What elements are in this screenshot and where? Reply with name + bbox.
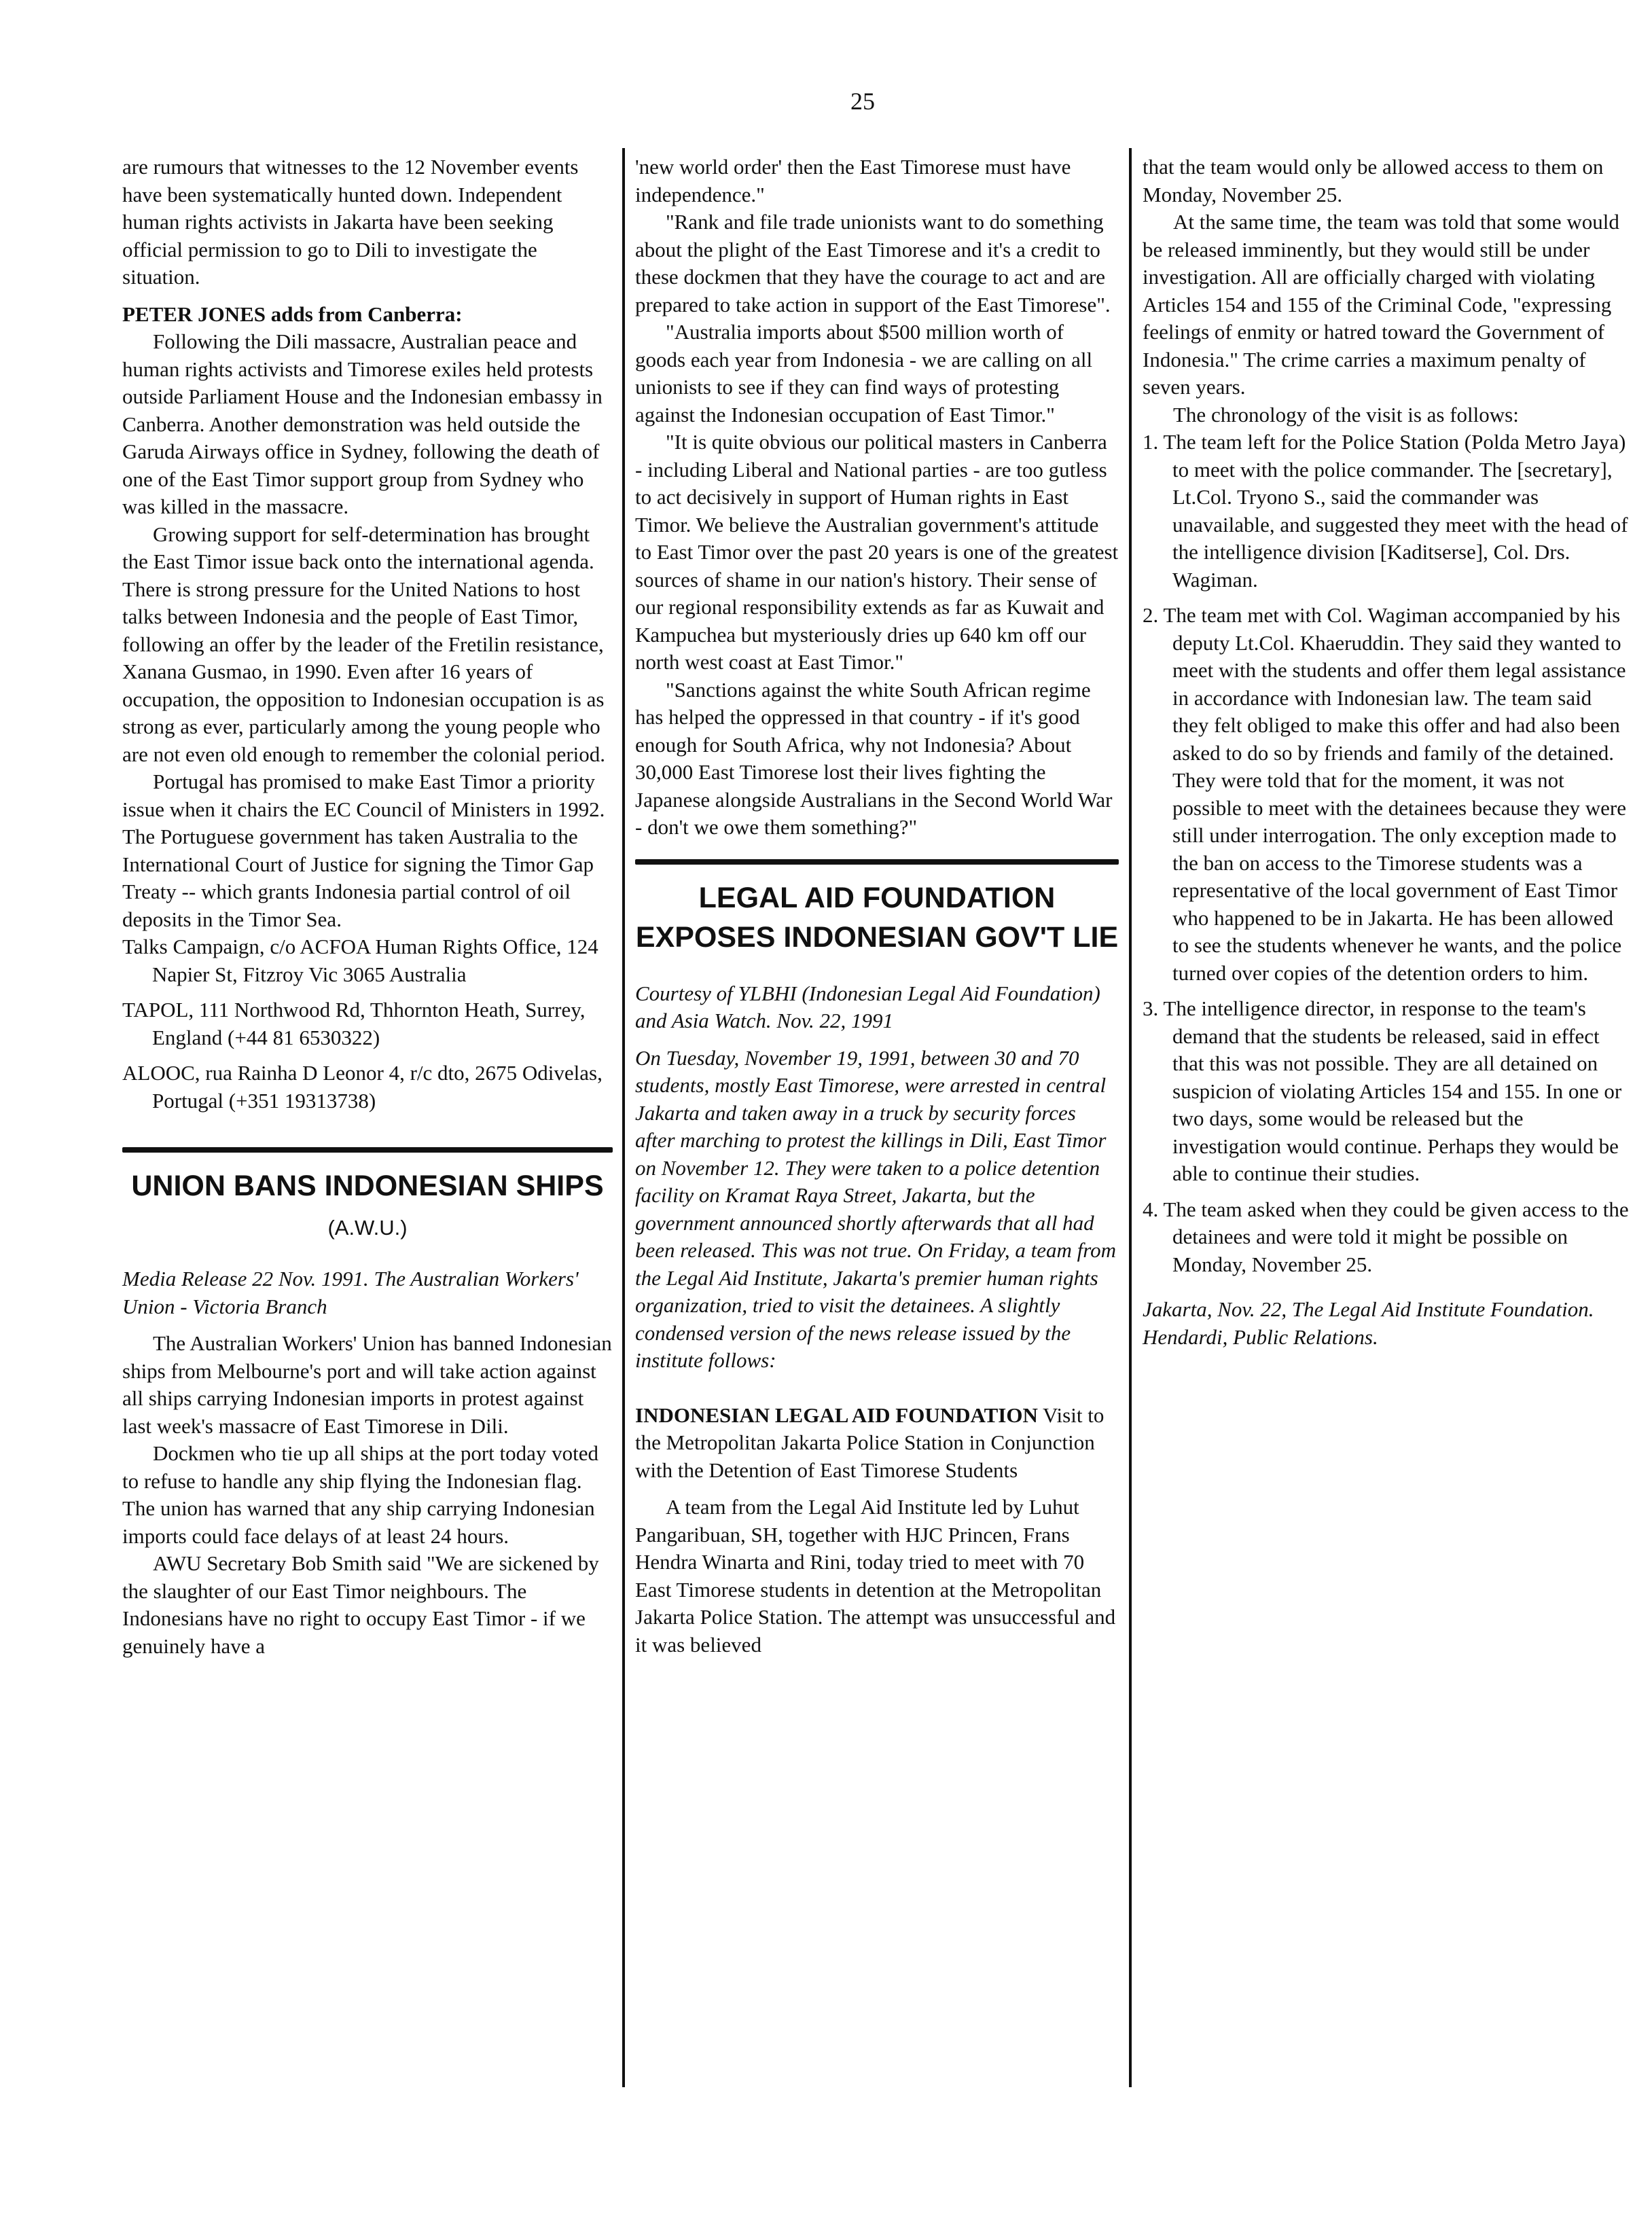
contact-address: ALOOC, rua Rainha D Leonor 4, r/c dto, 2… [122,1060,613,1115]
paragraph: The Australian Workers' Union has banned… [122,1330,613,1440]
paragraph: Portugal has promised to make East Timor… [122,768,613,933]
paragraph: At the same time, the team was told that… [1143,209,1632,401]
article-headline: UNION BANS INDONESIAN SHIPS (A.W.U.) [122,1166,613,1248]
chronology-list: 1. The team left for the Police Station … [1143,429,1632,1278]
continued-text: that the team would only be allowed acce… [1143,154,1632,209]
chronology-item: 2. The team met with Col. Wagiman accomp… [1143,602,1632,987]
paragraph: Dockmen who tie up all ships at the port… [122,1440,613,1550]
chronology-item: 1. The team left for the Police Station … [1143,429,1632,594]
headline-suffix: (A.W.U.) [327,1216,407,1240]
headline-text: UNION BANS INDONESIAN SHIPS [131,1170,603,1202]
paragraph: "It is quite obvious our political maste… [635,429,1119,676]
byline: PETER JONES adds from Canberra: [122,301,613,329]
column-1: are rumours that witnesses to the 12 Nov… [122,154,613,1660]
paragraph: AWU Secretary Bob Smith said "We are sic… [122,1550,613,1660]
chronology-item: 3. The intelligence director, in respons… [1143,995,1632,1188]
continued-text: 'new world order' then the East Timorese… [635,154,1119,209]
article-intro: On Tuesday, November 19, 1991, between 3… [635,1045,1119,1375]
release-title-bold: INDONESIAN LEGAL AID FOUNDATION [635,1403,1038,1427]
column-3: that the team would only be allowed acce… [1143,154,1632,1351]
paragraph: "Australia imports about $500 million wo… [635,319,1119,429]
article-credit: Courtesy of YLBHI (Indonesian Legal Aid … [635,980,1119,1035]
section-rule [635,859,1119,865]
dateline: Media Release 22 Nov. 1991. The Australi… [122,1265,613,1320]
signoff: Jakarta, Nov. 22, The Legal Aid Institut… [1143,1296,1632,1351]
paragraph: A team from the Legal Aid Institute led … [635,1494,1119,1659]
release-title: INDONESIAN LEGAL AID FOUNDATION Visit to… [635,1402,1119,1485]
contact-address: TAPOL, 111 Northwood Rd, Thhornton Heath… [122,996,613,1051]
continued-text: are rumours that witnesses to the 12 Nov… [122,154,613,291]
paragraph: "Rank and file trade unionists want to d… [635,209,1119,319]
column-2: 'new world order' then the East Timorese… [635,154,1119,1659]
paragraph: "Sanctions against the white South Afric… [635,676,1119,842]
section-rule [122,1147,613,1153]
paragraph: Growing support for self-determination h… [122,521,613,769]
contact-address: Talks Campaign, c/o ACFOA Human Rights O… [122,933,613,988]
paragraph: Following the Dili massacre, Australian … [122,328,613,521]
article-headline: LEGAL AID FOUNDATION EXPOSES INDONESIAN … [635,878,1119,957]
chronology-item: 4. The team asked when they could be giv… [1143,1196,1632,1279]
paragraph: The chronology of the visit is as follow… [1143,401,1632,429]
column-divider [622,148,625,2087]
column-divider [1129,148,1132,2087]
page-number: 25 [0,87,1652,115]
